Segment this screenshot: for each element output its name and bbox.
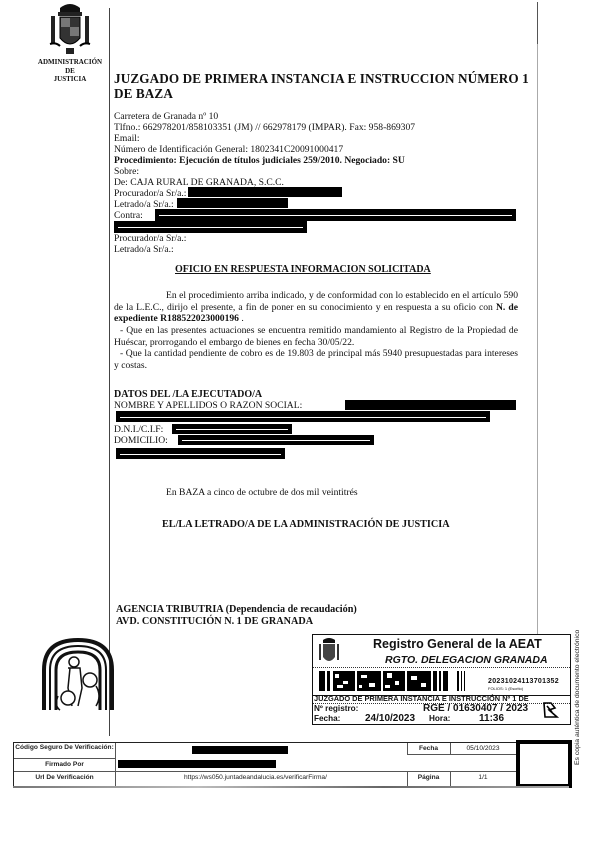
procurador-label-2: Procurador/a Sr/a.: — [114, 233, 186, 244]
pagina-value: 1/1 — [450, 774, 516, 781]
fecha-value: 05/10/2023 — [450, 745, 516, 752]
procedure: Procedimiento: Ejecución de títulos judi… — [114, 155, 405, 166]
redaction-bar — [178, 435, 374, 445]
redaction-bar — [114, 221, 307, 233]
admin-line: ADMINISTRACIÓN — [30, 58, 110, 67]
redaction-bar — [155, 209, 516, 221]
redaction-bar — [192, 746, 288, 754]
codigo-label: Código Seguro De Verificación: — [14, 744, 115, 751]
letrado-label-2: Letrado/a Sr/a.: — [114, 244, 174, 255]
fecha-value: 24/10/2023 — [365, 713, 415, 724]
fecha-label: Fecha — [407, 745, 450, 752]
firmado-label: Firmado Por — [14, 761, 115, 768]
court-address: Carretera de Granada nº 10 — [114, 111, 218, 122]
paragraph-cantidad: - Que la cantidad pendiente de cobro es … — [114, 348, 518, 371]
origin-office: JUZGADO DE PRIMERA INSTANCIA E INSTRUCCI… — [314, 694, 529, 703]
paragraph-text: En el procedimiento arriba indicado, y d… — [114, 290, 518, 313]
url-label: Url De Verificación — [14, 774, 115, 781]
redaction-bar — [172, 424, 292, 434]
hora-value: 11:36 — [479, 713, 504, 724]
hora-label: Hora: — [429, 714, 450, 723]
spain-coat-of-arms-icon — [317, 637, 341, 667]
admin-line: DE — [30, 67, 110, 76]
redaction-bar — [188, 187, 342, 197]
qr-code-placeholder — [516, 740, 572, 788]
paragraph-intro: En el procedimiento arriba indicado, y d… — [114, 290, 518, 325]
procurador-label: Procurador/a Sr/a.: — [114, 188, 186, 199]
redaction-bar — [345, 400, 516, 410]
spain-coat-of-arms-icon — [48, 2, 92, 56]
left-margin-rule — [109, 8, 110, 736]
contra-label: Contra: — [114, 210, 143, 221]
redaction-bar — [177, 198, 288, 208]
nombre-label: NOMBRE Y APELLIDOS O RAZON SOCIAL: — [114, 400, 302, 411]
dni-label: D.N.I./C.I.F: — [114, 424, 163, 435]
admin-line: JUSTICIA — [30, 75, 110, 84]
right-margin-rule — [537, 2, 538, 44]
paragraph-text: . — [239, 313, 244, 324]
paragraph-registro: - Que en las presentes actuaciones se en… — [114, 325, 518, 348]
table-scan-shadow — [13, 786, 569, 788]
redaction-bar — [116, 448, 285, 459]
sobre: Sobre: — [114, 166, 139, 177]
recipient-address: AGENCIA TRIBUTRIA (Dependencia de recaud… — [116, 604, 357, 628]
registro-value: RGE / 01630407 / 2023 — [423, 703, 528, 714]
verification-url[interactable]: https://ws050.juntadeandalucia.es/verifi… — [184, 774, 327, 781]
court-title: JUZGADO DE PRIMERA INSTANCIA E INSTRUCCI… — [114, 71, 534, 101]
aeat-registry-stamp: Registro General de la AEAT RGTO. DELEGA… — [312, 634, 571, 696]
stamp-divider — [313, 667, 570, 668]
right-margin-rule-faint — [537, 44, 538, 640]
datos-heading: DATOS DEL /LA EJECUTADO/A — [114, 389, 262, 400]
nig: Número de Identificación General: 180234… — [114, 144, 343, 155]
redaction-bar — [116, 411, 490, 422]
domicilio-label: DOMICILIO: — [114, 435, 168, 446]
barcode-icon — [319, 671, 479, 691]
stamp-title: Registro General de la AEAT — [373, 637, 542, 651]
document-heading: OFICIO EN RESPUESTA INFORMACION SOLICITA… — [175, 264, 431, 275]
registro-label: Nº registro: — [314, 704, 358, 713]
recipient-line: AGENCIA TRIBUTRIA (Dependencia de recaud… — [116, 604, 357, 616]
scanner-signature-icon — [541, 700, 561, 720]
stamp-subtitle: RGTO. DELEGACION GRANADA — [385, 654, 548, 666]
fecha-label: Fecha: — [314, 714, 340, 723]
court-email: Email: — [114, 133, 140, 144]
aeat-registry-details: JUZGADO DE PRIMERA INSTANCIA E INSTRUCCI… — [312, 694, 571, 725]
pagina-label: Página — [407, 774, 450, 781]
signer-title: EL/LA LETRADO/A DE LA ADMINISTRACIÓN DE … — [162, 519, 450, 530]
redaction-bar — [118, 760, 276, 768]
admin-justicia-label: ADMINISTRACIÓN DE JUSTICIA — [30, 58, 110, 84]
authenticity-side-note: Es copia auténtica de documento electrón… — [574, 630, 581, 765]
junta-andalucia-emblem-icon — [40, 636, 116, 712]
court-phone: Tlfno.: 662978201/858103351 (JM) // 6629… — [114, 122, 415, 133]
folios-count: FOLIOS: 1 (Escrito) — [488, 686, 523, 691]
registry-code: 20231024113701352 — [488, 678, 559, 685]
verification-table: Código Seguro De Verificación: Firmado P… — [13, 742, 571, 788]
date-line: En BAZA a cinco de octubre de dos mil ve… — [166, 487, 358, 498]
recipient-line: AVD. CONSTITUCIÓN N. 1 DE GRANADA — [116, 616, 357, 628]
